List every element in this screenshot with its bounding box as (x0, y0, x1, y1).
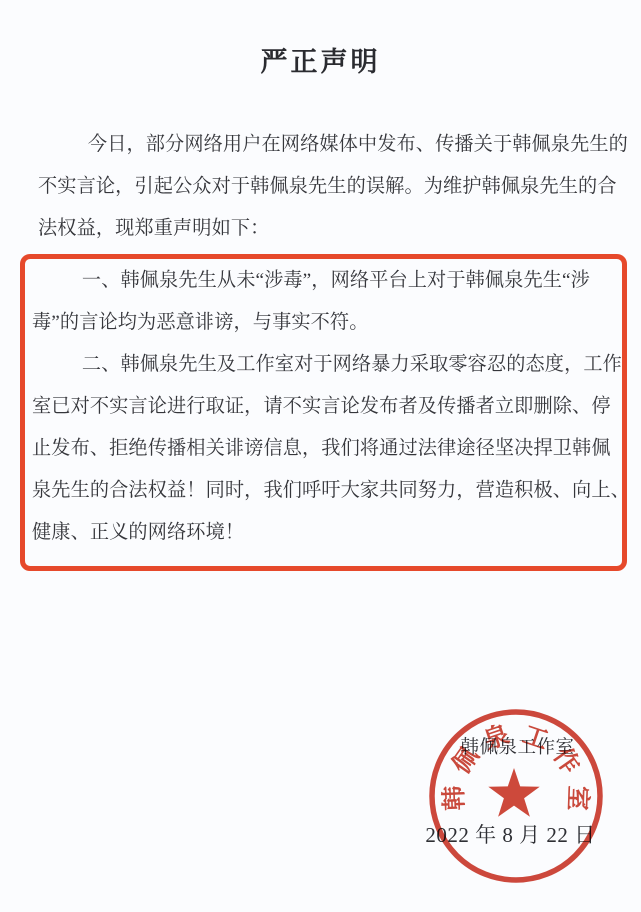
statement-document: 严正声明 今日，部分网络用户在网络媒体中发布、传播关于韩佩泉先生的不实言论，引起… (0, 0, 641, 912)
text-line: 健康、正义的网络环境！ (32, 512, 622, 554)
seal-arc-char: 工 (519, 721, 551, 755)
seal-arc-char: 作 (548, 742, 585, 779)
text-line: 今日，部分网络用户在网络媒体中发布、传播关于韩佩泉先生的 (38, 124, 618, 166)
highlight-paragraphs: 一、韩佩泉先生从未“涉毒”，网络平台上对于韩佩泉先生“涉毒”的言论均为恶意诽谤，… (32, 260, 622, 554)
seal-arc-char: 佩 (447, 742, 484, 779)
text-line: 二、韩佩泉先生及工作室对于网络暴力采取零容忍的态度，工作 (32, 344, 622, 386)
seal-arc-char: 韩 (440, 785, 469, 811)
text-line: 法权益，现郑重声明如下： (38, 208, 618, 250)
text-line: 泉先生的合法权益！同时，我们呼吁大家共同努力，营造积极、向上、 (32, 470, 622, 512)
document-title: 严正声明 (0, 40, 641, 79)
text-line: 不实言论，引起公众对于韩佩泉先生的误解。为维护韩佩泉先生的合 (38, 166, 618, 208)
studio-seal-stamp: 韩 佩 泉 工 作 室 (425, 705, 610, 890)
intro-paragraph: 今日，部分网络用户在网络媒体中发布、传播关于韩佩泉先生的不实言论，引起公众对于韩… (38, 124, 618, 250)
text-line: 止发布、拒绝传播相关诽谤信息，我们将通过法律途径坚决捍卫韩佩 (32, 428, 622, 470)
seal-arc-char: 室 (563, 785, 592, 811)
text-line: 一、韩佩泉先生从未“涉毒”，网络平台上对于韩佩泉先生“涉 (32, 260, 622, 302)
highlight-box: 一、韩佩泉先生从未“涉毒”，网络平台上对于韩佩泉先生“涉毒”的言论均为恶意诽谤，… (20, 254, 627, 571)
text-line: 室已对不实言论进行取证，请不实言论发布者及传播者立即删除、停 (32, 386, 622, 428)
text-line: 毒”的言论均为恶意诽谤，与事实不符。 (32, 302, 622, 344)
seal-star-icon (488, 768, 539, 817)
seal-arc-char: 泉 (480, 720, 513, 755)
